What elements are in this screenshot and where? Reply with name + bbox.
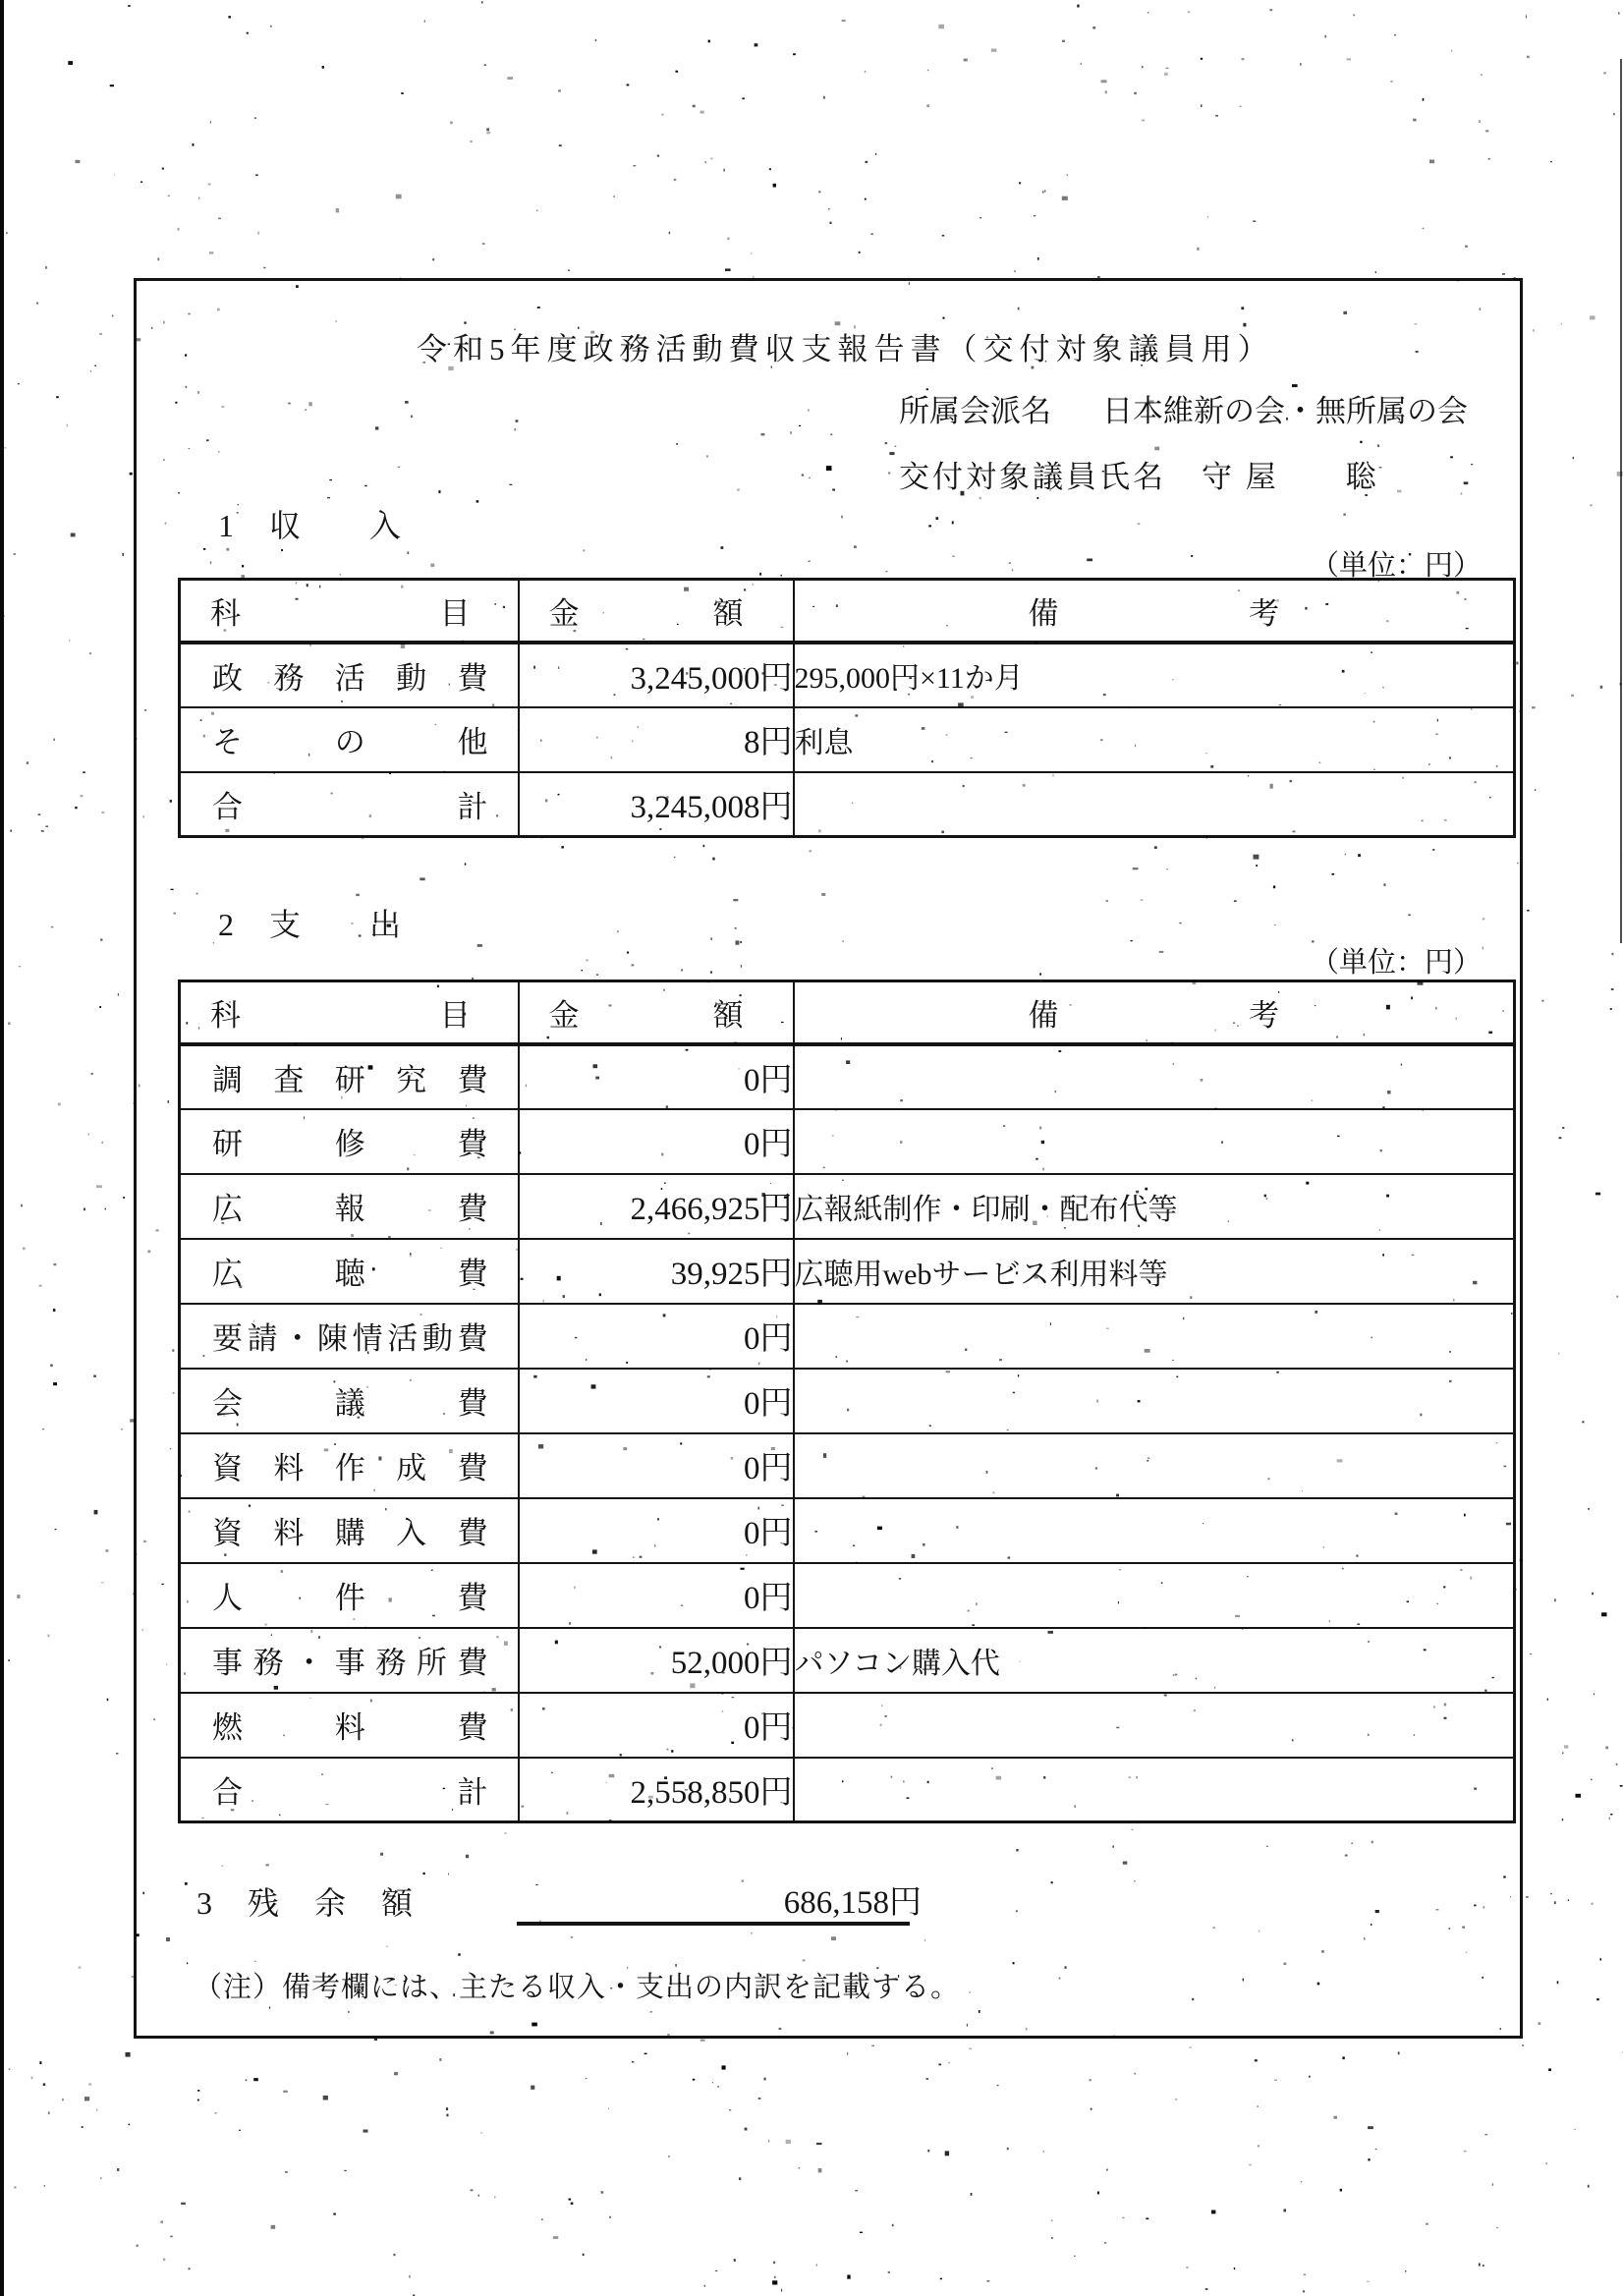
- remarks-cell: [794, 1433, 1515, 1498]
- amount-cell: 0円: [519, 1044, 794, 1109]
- account-cell: 資料作成費: [180, 1433, 519, 1498]
- unit-note-income: （単位：円）: [1311, 543, 1482, 584]
- account-cell: 資料購入費: [180, 1498, 519, 1563]
- amount-cell: 52,000円: [519, 1628, 794, 1693]
- expense-header-remarks: 備考: [794, 981, 1515, 1044]
- faction-name: 日本維新の会・無所属の会: [1102, 386, 1468, 430]
- scanned-report-page: 令和5年度政務活動費収支報告書（交付対象議員用） 所属会派名 日本維新の会・無所…: [0, 0, 1623, 2296]
- scan-edge-artifact-left: [0, 0, 4, 2296]
- amount-cell: 0円: [519, 1693, 794, 1758]
- income-header-row: 科目 金額 備考: [180, 580, 1515, 643]
- expense-section-heading: 2 支 出: [218, 900, 403, 945]
- remarks-cell: [794, 1693, 1515, 1758]
- member-name: 守 屋 聡: [1202, 452, 1379, 496]
- remarks-cell: [794, 772, 1515, 837]
- account-cell: 広聴費: [180, 1239, 519, 1304]
- remarks-cell: 広聴用webサービス利用料等: [794, 1239, 1515, 1304]
- table-row: 合計 3,245,008円: [180, 772, 1515, 837]
- account-cell: 調査研究費: [180, 1044, 519, 1109]
- account-cell: 要請・陳情活動費: [180, 1304, 519, 1369]
- remarks-cell: [794, 1369, 1515, 1433]
- remarks-cell: 利息: [794, 707, 1515, 772]
- expense-header-row: 科目 金額 備考: [180, 981, 1515, 1044]
- table-row: 政務活動費 3,245,000円 295,000円×11か月: [180, 643, 1515, 707]
- table-row: 広聴費 39,925円 広聴用webサービス利用料等: [180, 1239, 1515, 1304]
- table-row: 要請・陳情活動費 0円: [180, 1304, 1515, 1369]
- remarks-cell: [794, 1563, 1515, 1628]
- income-table: 科目 金額 備考 政務活動費 3,245,000円 295,000円×11か月 …: [178, 578, 1516, 838]
- expense-header-amount: 金額: [519, 981, 794, 1044]
- table-row: 研修費 0円: [180, 1109, 1515, 1174]
- remarks-cell: パソコン購入代: [794, 1628, 1515, 1693]
- balance-section-heading: 3 残 余 額: [196, 1878, 415, 1924]
- table-row: 事務・事務所費 52,000円 パソコン購入代: [180, 1628, 1515, 1693]
- table-row: 広報費 2,466,925円 広報紙制作・印刷・配布代等: [180, 1174, 1515, 1239]
- amount-cell: 0円: [519, 1109, 794, 1174]
- remarks-cell: [794, 1498, 1515, 1563]
- table-row: 資料購入費 0円: [180, 1498, 1515, 1563]
- table-row: 燃料費 0円: [180, 1693, 1515, 1758]
- balance-underline: [517, 1922, 910, 1926]
- faction-label: 所属会派名: [899, 386, 1051, 430]
- amount-cell: 2,558,850円: [519, 1758, 794, 1822]
- account-cell: 燃料費: [180, 1693, 519, 1758]
- account-cell: 事務・事務所費: [180, 1628, 519, 1693]
- table-row: 人件費 0円: [180, 1563, 1515, 1628]
- account-cell: 政務活動費: [180, 643, 519, 707]
- amount-cell: 3,245,000円: [519, 643, 794, 707]
- table-row: 調査研究費 0円: [180, 1044, 1515, 1109]
- expense-header-account: 科目: [180, 981, 519, 1044]
- account-cell: 研修費: [180, 1109, 519, 1174]
- account-cell: 会議費: [180, 1369, 519, 1433]
- account-cell: 合計: [180, 772, 519, 837]
- unit-note-expense: （単位：円）: [1311, 940, 1482, 980]
- remarks-cell: [794, 1304, 1515, 1369]
- account-cell: 広報費: [180, 1174, 519, 1239]
- remarks-cell: [794, 1758, 1515, 1822]
- amount-cell: 0円: [519, 1563, 794, 1628]
- scan-edge-artifact-right: [1620, 59, 1622, 943]
- income-header-amount: 金額: [519, 580, 794, 643]
- report-title: 令和5年度政務活動費収支報告書（交付対象議員用）: [417, 324, 1274, 368]
- remarks-cell: [794, 1109, 1515, 1174]
- amount-cell: 0円: [519, 1433, 794, 1498]
- table-row: 資料作成費 0円: [180, 1433, 1515, 1498]
- footnote: （注）備考欄には、主たる収入・支出の内訳を記載する。: [194, 1965, 960, 2005]
- remarks-cell: [794, 1044, 1515, 1109]
- amount-cell: 3,245,008円: [519, 772, 794, 837]
- table-row: 会議費 0円: [180, 1369, 1515, 1433]
- account-cell: その他: [180, 707, 519, 772]
- amount-cell: 0円: [519, 1498, 794, 1563]
- table-row: その他 8円 利息: [180, 707, 1515, 772]
- member-line: 交付対象議員氏名 守 屋 聡: [899, 452, 1379, 496]
- remarks-cell: 広報紙制作・印刷・配布代等: [794, 1174, 1515, 1239]
- amount-cell: 0円: [519, 1369, 794, 1433]
- income-section-heading: 1 収 入: [218, 501, 403, 546]
- amount-cell: 8円: [519, 707, 794, 772]
- amount-cell: 0円: [519, 1304, 794, 1369]
- income-header-remarks: 備考: [794, 580, 1515, 643]
- balance-amount: 686,158円: [515, 1876, 922, 1923]
- remarks-cell: 295,000円×11か月: [794, 643, 1515, 707]
- income-header-account: 科目: [180, 580, 519, 643]
- member-label: 交付対象議員氏名: [899, 452, 1166, 496]
- account-cell: 人件費: [180, 1563, 519, 1628]
- amount-cell: 39,925円: [519, 1239, 794, 1304]
- amount-cell: 2,466,925円: [519, 1174, 794, 1239]
- expense-table: 科目 金額 備考 調査研究費 0円 研修費 0円 広報費 2,466,925円 …: [178, 980, 1516, 1823]
- table-row: 合計 2,558,850円: [180, 1758, 1515, 1822]
- account-cell: 合計: [180, 1758, 519, 1822]
- faction-line: 所属会派名 日本維新の会・無所属の会: [899, 386, 1468, 430]
